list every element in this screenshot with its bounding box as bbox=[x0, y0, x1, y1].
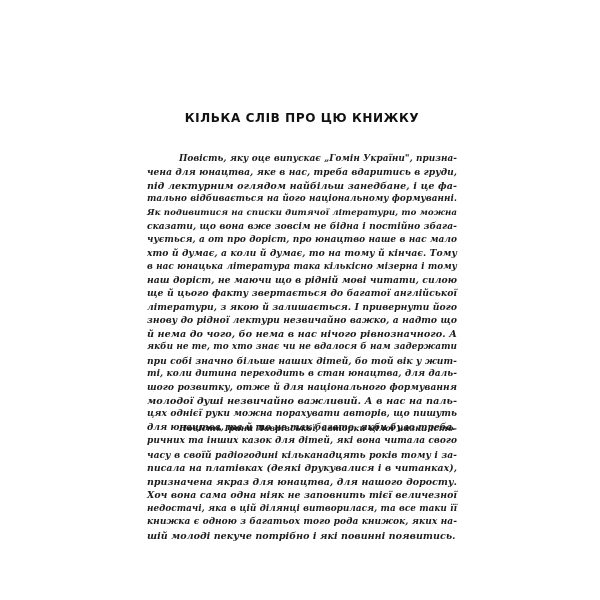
text-line: хто й думає, а коли й думає, то на тому … bbox=[147, 247, 457, 260]
text-line: тально відбивається на його національном… bbox=[147, 193, 457, 206]
text-line: ще й цього факту звертається до багатої … bbox=[147, 287, 457, 300]
text-line: якби не те, то хто знає чи не вдалося б … bbox=[147, 341, 457, 354]
text-line: писала на платівках (деякі друкувалися і… bbox=[147, 462, 457, 475]
text-line: Хоч вона сама одна ніяк не заповнить тіє… bbox=[147, 489, 457, 502]
text-line: часу в своїй радіогодині кільканадцять р… bbox=[147, 449, 457, 462]
text-line: недостачі, яка в цій ділянці витворилася… bbox=[147, 503, 457, 516]
text-line: цях однієї руки можна порахувати авторів… bbox=[147, 408, 457, 421]
text-line: Повість Ірини Лаврівської, авторки цілої… bbox=[147, 422, 457, 435]
text-line: при собі значно більше наших дітей, бо т… bbox=[147, 355, 457, 368]
text-line: ричних та інших казок для дітей, які вон… bbox=[147, 435, 457, 448]
text-line: під лектурним оглядом найбільш занедбане… bbox=[147, 180, 457, 193]
text-line: сказати, що вона вже зовсім не бідна і п… bbox=[147, 220, 457, 233]
paragraph-1: Повість, яку оце випускає „Гомін України… bbox=[147, 153, 457, 435]
text-line: шій молоді пекуче потрібно і які повинні… bbox=[147, 530, 457, 543]
paragraph-2: Повість Ірини Лаврівської, авторки цілої… bbox=[147, 422, 457, 543]
text-line: Як подивитися на списки дитячої літерату… bbox=[147, 207, 457, 220]
text-line: наш доріст, не маючи що в рідній мові чи… bbox=[147, 274, 457, 287]
text-line: книжка є одною з багатьох того рода книж… bbox=[147, 516, 457, 529]
text-line: й нема до чого, бо нема в нас нічого рів… bbox=[147, 328, 457, 341]
text-line: Повість, яку оце випускає „Гомін України… bbox=[147, 153, 457, 166]
text-line: літератури, з якою й залишається. І прив… bbox=[147, 301, 457, 314]
text-line: чена для юнацтва, яке в нас, треба вдари… bbox=[147, 166, 457, 179]
text-line: молодої душі незвичайно важливий. А в на… bbox=[147, 395, 457, 408]
book-page: КІЛЬКА СЛІВ ПРО ЦЮ КНИЖКУ Повість, яку о… bbox=[147, 0, 457, 600]
text-line: ті, коли дитина переходить в стан юнацтв… bbox=[147, 368, 457, 381]
text-line: в нас юнацька література така кількісно … bbox=[147, 261, 457, 274]
text-line: шого розвитку, отже й для національного … bbox=[147, 381, 457, 394]
text-line: чується, а от про доріст, про юнацтво на… bbox=[147, 234, 457, 247]
text-line: призначена якраз для юнацтва, для нашого… bbox=[147, 476, 457, 489]
page-title: КІЛЬКА СЛІВ ПРО ЦЮ КНИЖКУ bbox=[147, 111, 457, 125]
text-line: знову до рідної лектури незвичайно важко… bbox=[147, 314, 457, 327]
